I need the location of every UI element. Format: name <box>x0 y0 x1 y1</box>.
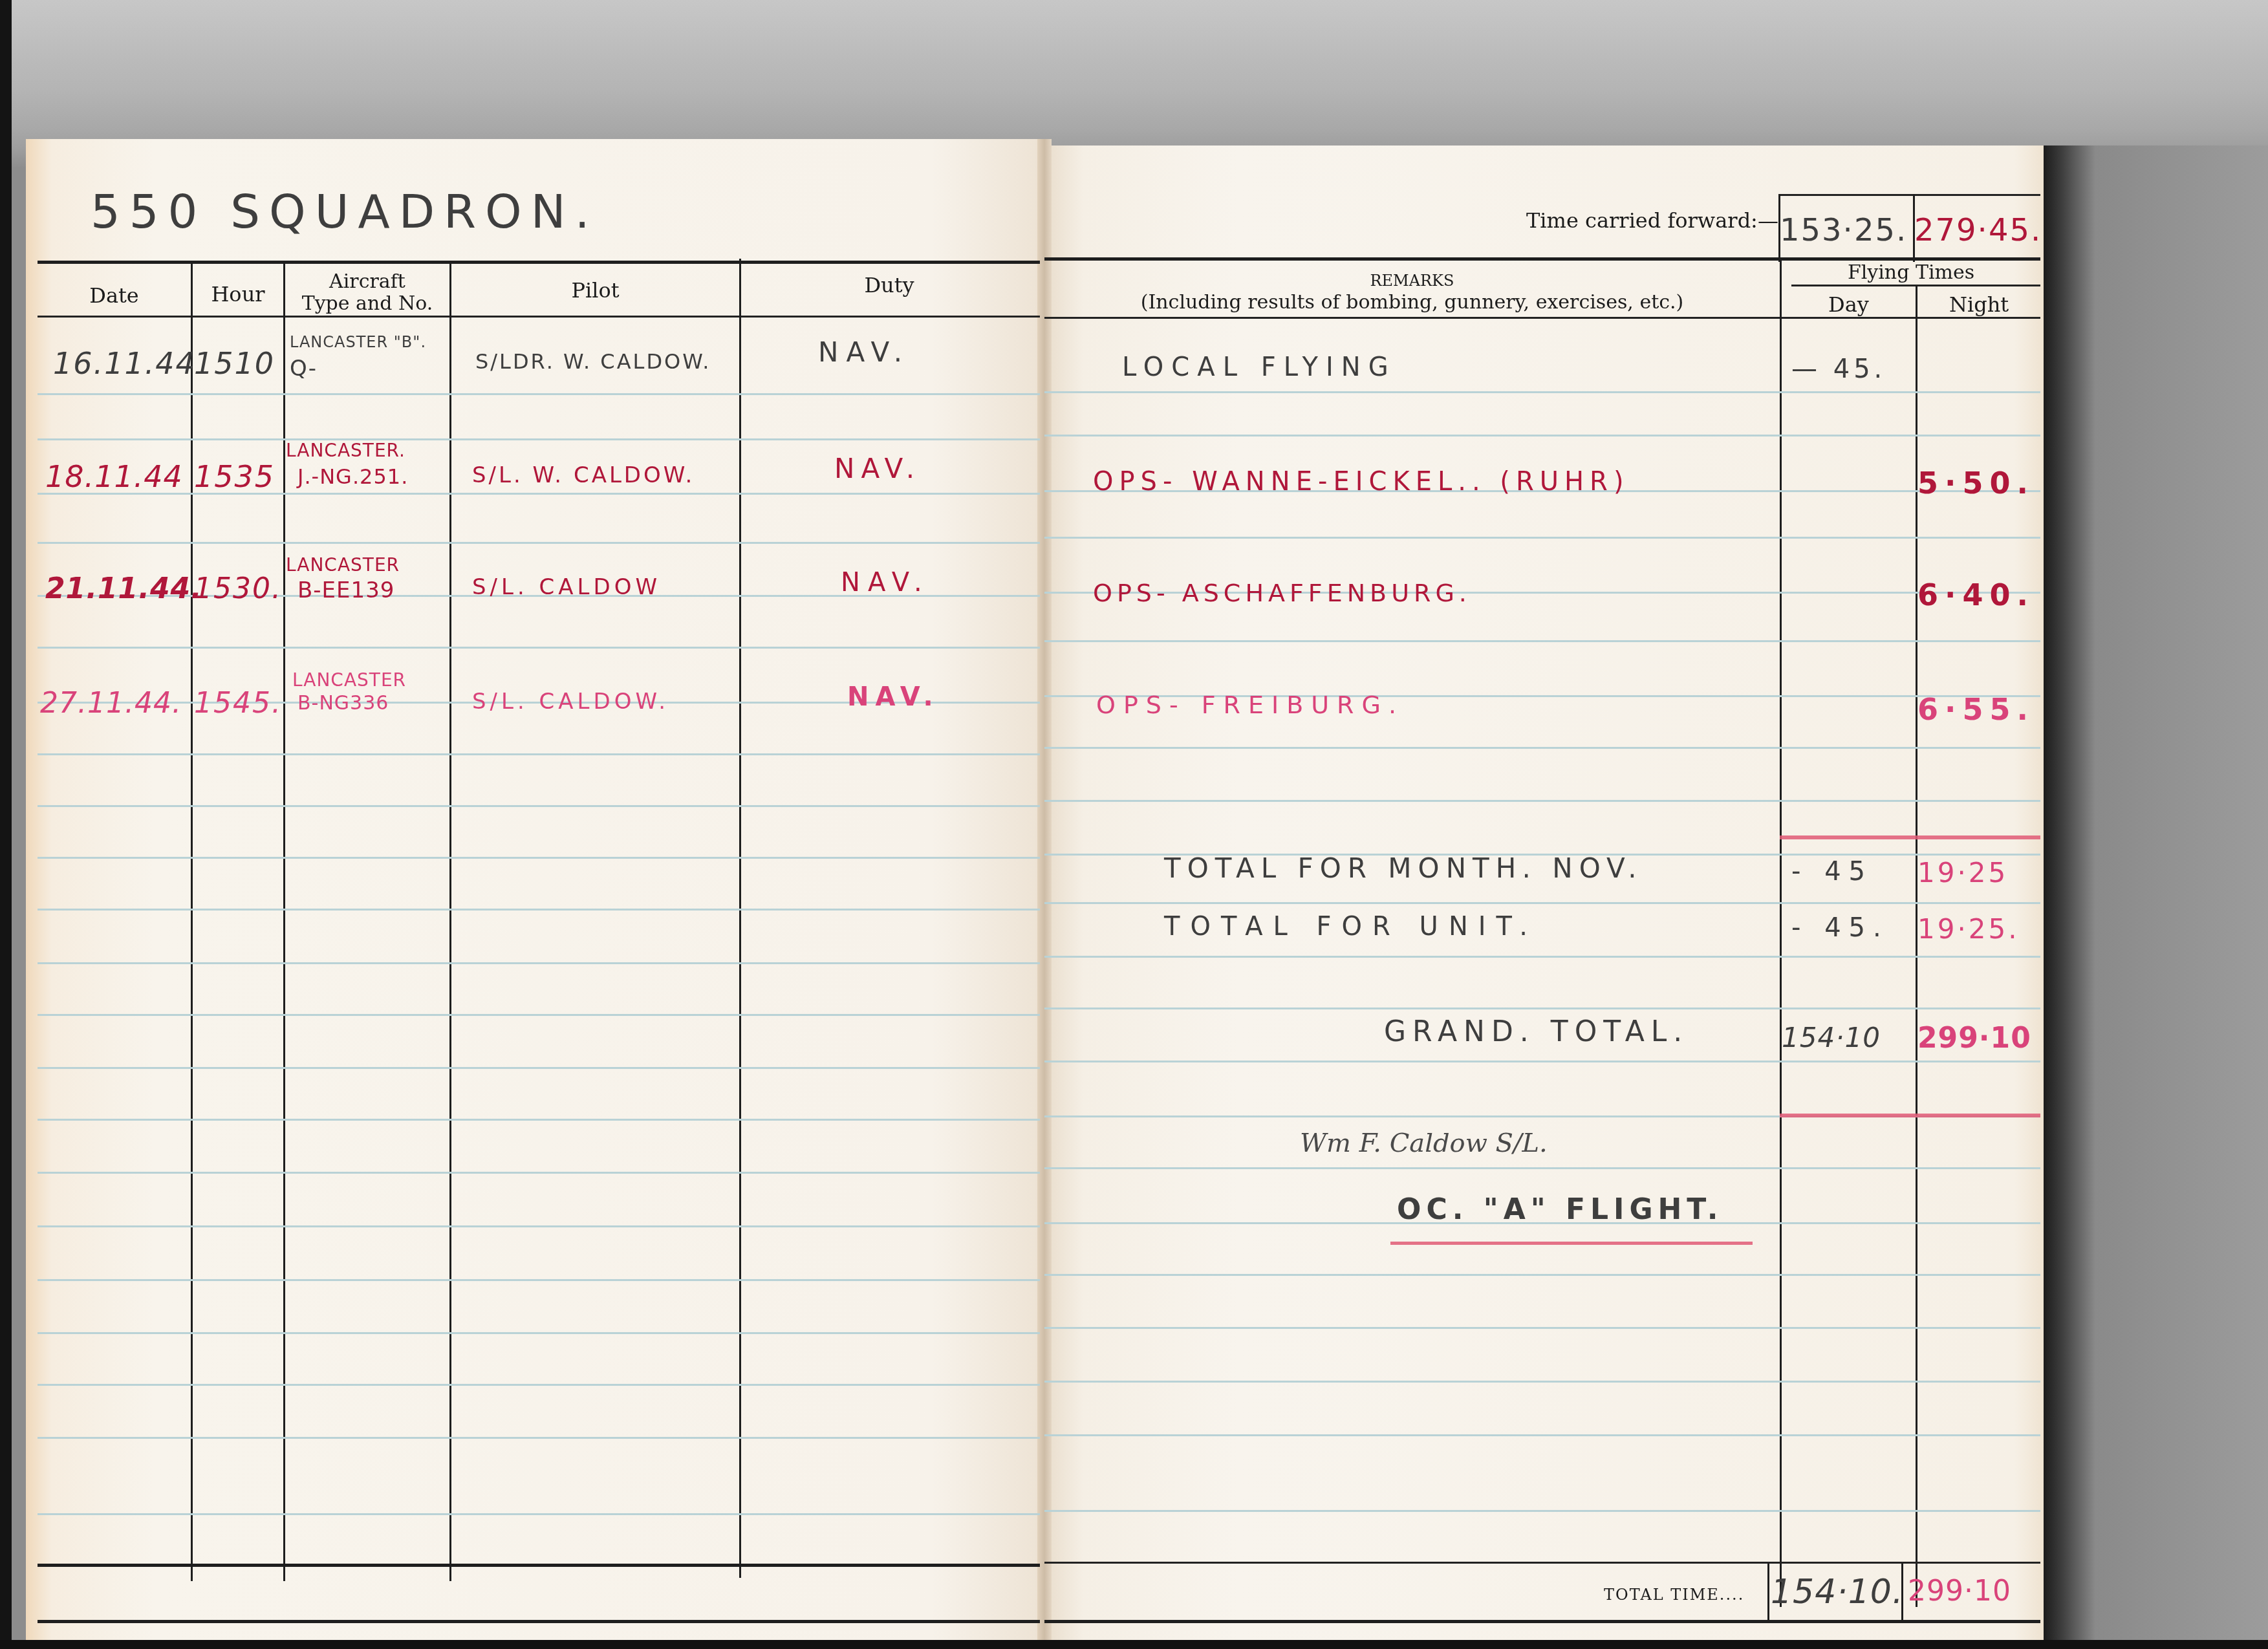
entry-aircraft-type: LANCASTER "B". <box>290 333 426 351</box>
carried-forward-top-rule <box>1778 194 2040 196</box>
entry-aircraft-type: LANCASTER <box>286 554 400 576</box>
entry-remarks: OPS- WANNE-EICKEL.. (RUHR) <box>1093 467 1630 497</box>
entry-date: 18.11.44 <box>45 459 183 494</box>
header-duty: Duty <box>741 273 1037 297</box>
total-month-night: 19·25 <box>1917 857 2008 889</box>
entry-night-time: 6·40. <box>1917 577 2035 612</box>
entry-duty: NAV. <box>818 336 910 368</box>
entry-pilot: S/L. CALDOW <box>472 574 661 600</box>
total-unit-label: TOTAL FOR UNIT. <box>1164 912 1538 942</box>
entry-remarks: LOCAL FLYING <box>1122 352 1396 382</box>
header-hour: Hour <box>193 282 283 307</box>
entry-aircraft-no: B-EE139 <box>297 577 394 603</box>
carried-forward-day: 153·25. <box>1780 212 1907 248</box>
total-unit-night: 19·25. <box>1917 913 2020 945</box>
book-bottom-edge <box>0 1640 2268 1649</box>
header-remarks: REMARKS <box>1044 272 1780 290</box>
column-divider <box>449 262 451 1581</box>
signature-red-underline <box>1390 1242 1753 1245</box>
header-pilot: Pilot <box>451 278 739 303</box>
header-aircraft: Aircraft <box>285 270 449 293</box>
carried-forward-divider <box>1913 194 1915 262</box>
carried-forward-label: Time carried forward:— <box>1526 208 1778 233</box>
entry-night-time: 6·55. <box>1917 692 2035 727</box>
scanner-edge <box>0 0 12 1649</box>
entry-date: 21.11.44. <box>45 572 202 605</box>
grand-total-night: 299·10 <box>1917 1022 2031 1055</box>
column-divider <box>191 262 193 1581</box>
total-time-day: 154·10. <box>1771 1573 1903 1611</box>
entry-duty: NAV. <box>847 682 940 712</box>
entry-hour: 1535 <box>194 459 275 494</box>
total-unit-day: - 45. <box>1791 913 1889 943</box>
entry-pilot: S/L. CALDOW. <box>472 689 669 715</box>
grand-total-label: GRAND. TOTAL. <box>1384 1015 1689 1048</box>
entry-date: 27.11.44. <box>40 687 182 720</box>
page-bottom-rule <box>38 1620 1040 1623</box>
entry-pilot: S/L. W. CALDOW. <box>472 462 695 488</box>
background-shadow <box>2044 145 2268 1649</box>
carried-forward-night: 279·45. <box>1914 212 2042 248</box>
header-top-rule <box>38 261 1040 264</box>
entry-date: 16.11.44 <box>53 346 196 381</box>
entry-duty: NAV. <box>834 453 921 484</box>
entry-remarks: OPS- ASCHAFFENBURG. <box>1093 579 1471 607</box>
totals-bottom-red-rule <box>1780 1114 2040 1117</box>
entry-aircraft-no: B-NG336 <box>297 692 389 715</box>
header-aircraft-sub: Type and No. <box>285 292 449 315</box>
entry-duty: NAV. <box>841 568 930 598</box>
column-divider <box>739 259 741 1578</box>
entry-night-time: 5·50. <box>1917 466 2035 501</box>
signature-title: OC. "A" FLIGHT. <box>1397 1193 1723 1226</box>
entry-pilot: S/LDR. W. CALDOW. <box>475 349 711 374</box>
entry-day-time: — 45. <box>1791 354 1886 384</box>
header-remarks-sub: (Including results of bombing, gunnery, … <box>1044 291 1780 314</box>
entry-aircraft-type: LANCASTER <box>292 669 406 691</box>
total-row-top-rule <box>1044 1562 2040 1564</box>
signature-name: Wm F. Caldow S/L. <box>1300 1128 1548 1158</box>
total-time-divider <box>1767 1564 1769 1622</box>
entry-remarks: OPS- FREIBURG. <box>1096 691 1404 719</box>
entry-aircraft-no: Q- <box>290 356 317 382</box>
entry-aircraft-no: J.-NG.251. <box>297 464 408 489</box>
header-bottom-rule <box>1044 317 2040 319</box>
page-bottom-rule <box>1044 1620 2040 1623</box>
header-top-rule <box>1044 257 2040 261</box>
header-bottom-rule <box>38 316 1040 318</box>
entry-hour: 1545. <box>194 687 282 720</box>
grand-total-day: 154·10 <box>1782 1022 1881 1053</box>
entry-hour: 1530. <box>194 572 282 605</box>
total-time-night: 299·10 <box>1908 1575 2011 1608</box>
header-day: Day <box>1782 292 1916 317</box>
book-spine <box>1037 139 1052 1643</box>
column-divider <box>1780 259 1782 1607</box>
header-date: Date <box>38 283 191 308</box>
total-month-label: TOTAL FOR MONTH. NOV. <box>1164 852 1643 884</box>
totals-top-red-rule <box>1780 835 2040 839</box>
entry-hour: 1510 <box>194 346 275 381</box>
total-time-label: TOTAL TIME.... <box>1604 1586 1744 1604</box>
column-divider <box>283 262 285 1581</box>
squadron-heading: 550 SQUADRON. <box>91 184 599 239</box>
header-night: Night <box>1917 292 2040 317</box>
total-row-top-rule <box>38 1564 1040 1567</box>
header-flying-times: Flying Times <box>1782 261 2040 284</box>
entry-aircraft-type: LANCASTER. <box>286 440 405 461</box>
total-month-day: - 45 <box>1791 857 1873 887</box>
carried-forward-divider <box>1778 194 1780 262</box>
